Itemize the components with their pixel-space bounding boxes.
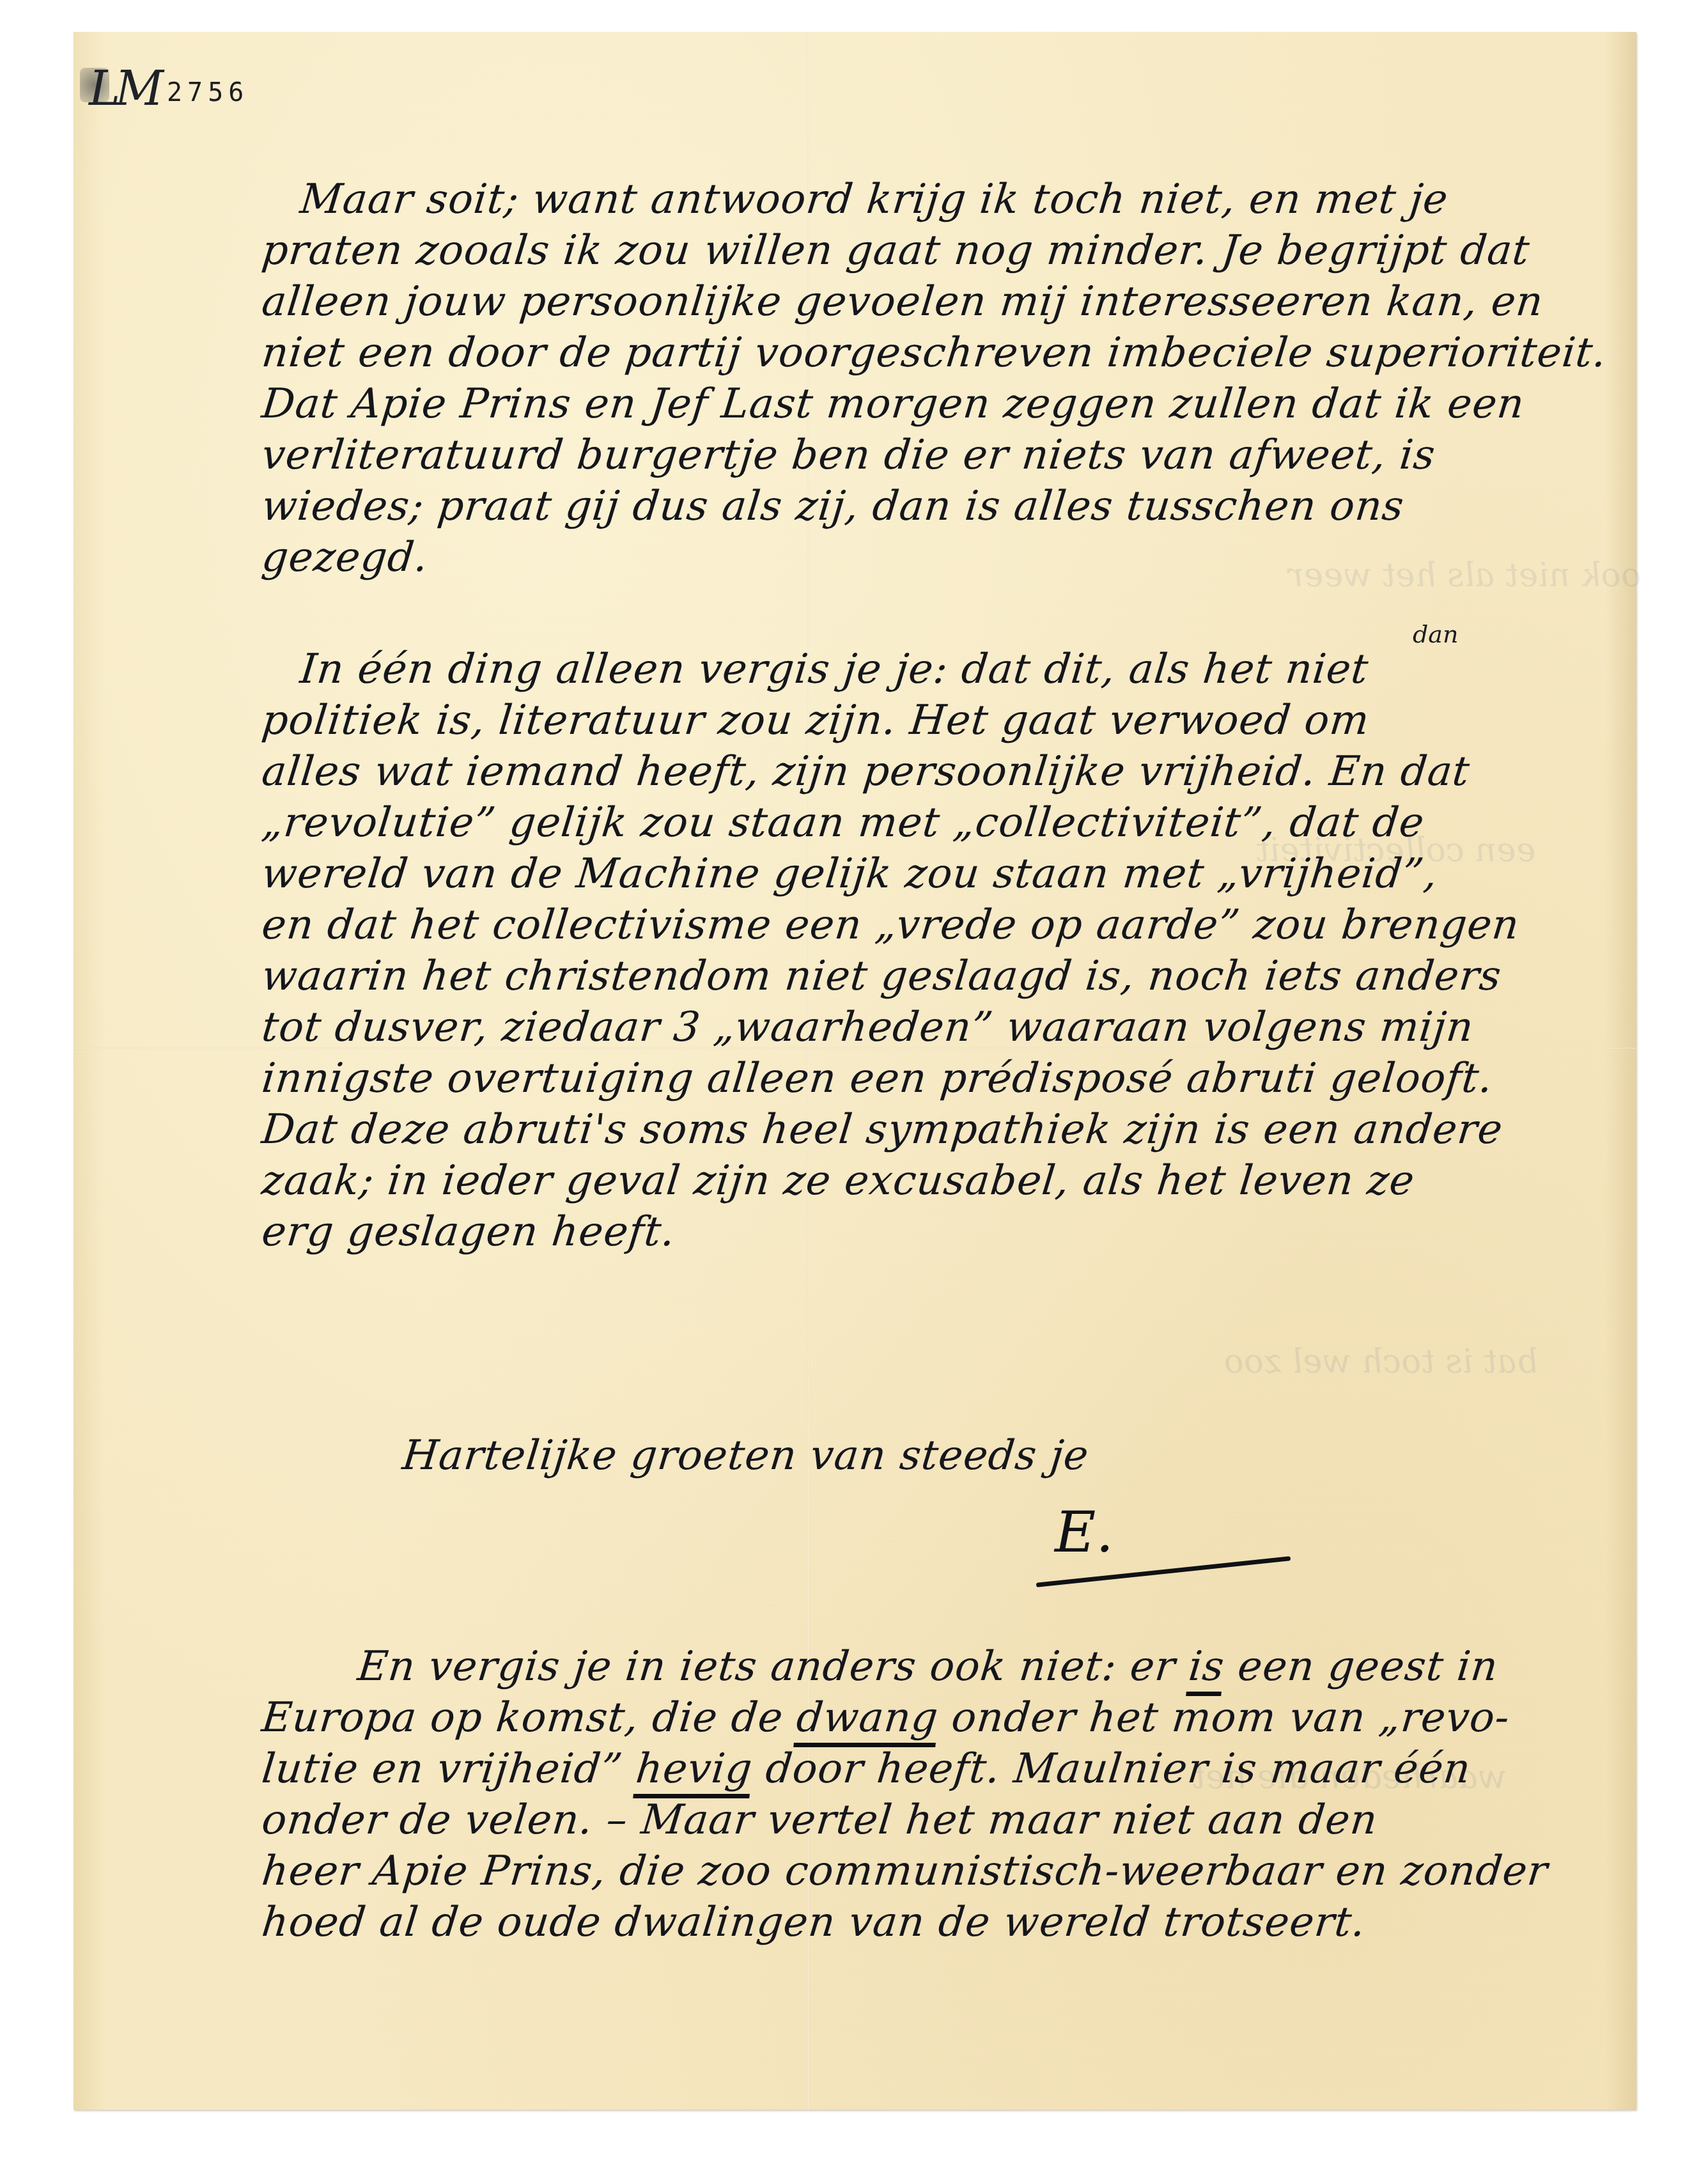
bleed-through-text: ook niet als het weer	[1286, 556, 1643, 595]
postscript-line: heer Apie Prins, die zoo communistisch-w…	[260, 1848, 1550, 1895]
postscript-line: hoed al de oude dwalingen van de wereld …	[260, 1899, 1368, 1946]
text-line: waarin het christendom niet geslaagd is,…	[260, 953, 1503, 1000]
postscript-line: Europa op komst, die de dwang onder het …	[260, 1694, 1512, 1741]
text-line: zaak; in ieder geval zijn ze excusabel, …	[260, 1157, 1417, 1204]
text-line: „revolutie” gelijk zou staan met „collec…	[260, 799, 1427, 846]
text-line: alles wat iemand heeft, zijn persoonlijk…	[260, 748, 1472, 795]
text-line: wiedes; praat gij dus als zij, dan is al…	[260, 483, 1406, 530]
text-line: gezegd.	[260, 534, 430, 581]
text-line: praten zooals ik zou willen gaat nog min…	[260, 227, 1532, 274]
text-line: In één ding alleen vergis je je: dat dit…	[298, 646, 1371, 693]
text-line: tot dusver, ziedaar 3 „waarheden” waaraa…	[260, 1004, 1476, 1051]
text-line: erg geslagen heeft.	[260, 1208, 678, 1256]
underlined-word: is	[1186, 1643, 1227, 1696]
closing-line: Hartelijke groeten van steeds je	[400, 1432, 1091, 1479]
archive-number: 2756	[167, 78, 249, 107]
text-line: verliteratuurd burgertje ben die er niet…	[260, 432, 1438, 479]
bleed-through-text: bat is toch wel zoo	[1222, 1343, 1541, 1381]
text-line: Dat Apie Prins en Jef Last morgen zeggen…	[260, 380, 1527, 428]
signature: E.	[1055, 1499, 1114, 1565]
postscript-line: En vergis je in iets anders ook niet: er…	[355, 1643, 1500, 1690]
monogram-stamp-icon: LM	[80, 64, 150, 121]
text-line: wereld van de Machine gelijk zou staan m…	[260, 850, 1440, 898]
underlined-word: hevig	[633, 1745, 754, 1798]
inserted-word: dan	[1413, 620, 1458, 648]
text-line: alleen jouw persoonlijke gevoelen mij in…	[260, 278, 1546, 325]
archive-stamp: LM 2756	[80, 64, 249, 121]
postscript-line: lutie en vrijheid” hevig door heeft. Mau…	[260, 1745, 1473, 1793]
text-line: Maar soit; want antwoord krijg ik toch n…	[298, 176, 1450, 223]
text-line: politiek is, literatuur zou zijn. Het ga…	[260, 697, 1372, 744]
text-line: en dat het collectivisme een „vrede op a…	[260, 901, 1521, 949]
text-line: Dat deze abruti's soms heel sympathiek z…	[260, 1106, 1505, 1153]
postscript-line: onder de velen. – Maar vertel het maar n…	[260, 1796, 1380, 1844]
text-line: niet een door de partij voorgeschreven i…	[260, 329, 1609, 377]
text-line: innigste overtuiging alleen een prédispo…	[260, 1055, 1495, 1102]
underlined-word: dwang	[794, 1694, 941, 1747]
